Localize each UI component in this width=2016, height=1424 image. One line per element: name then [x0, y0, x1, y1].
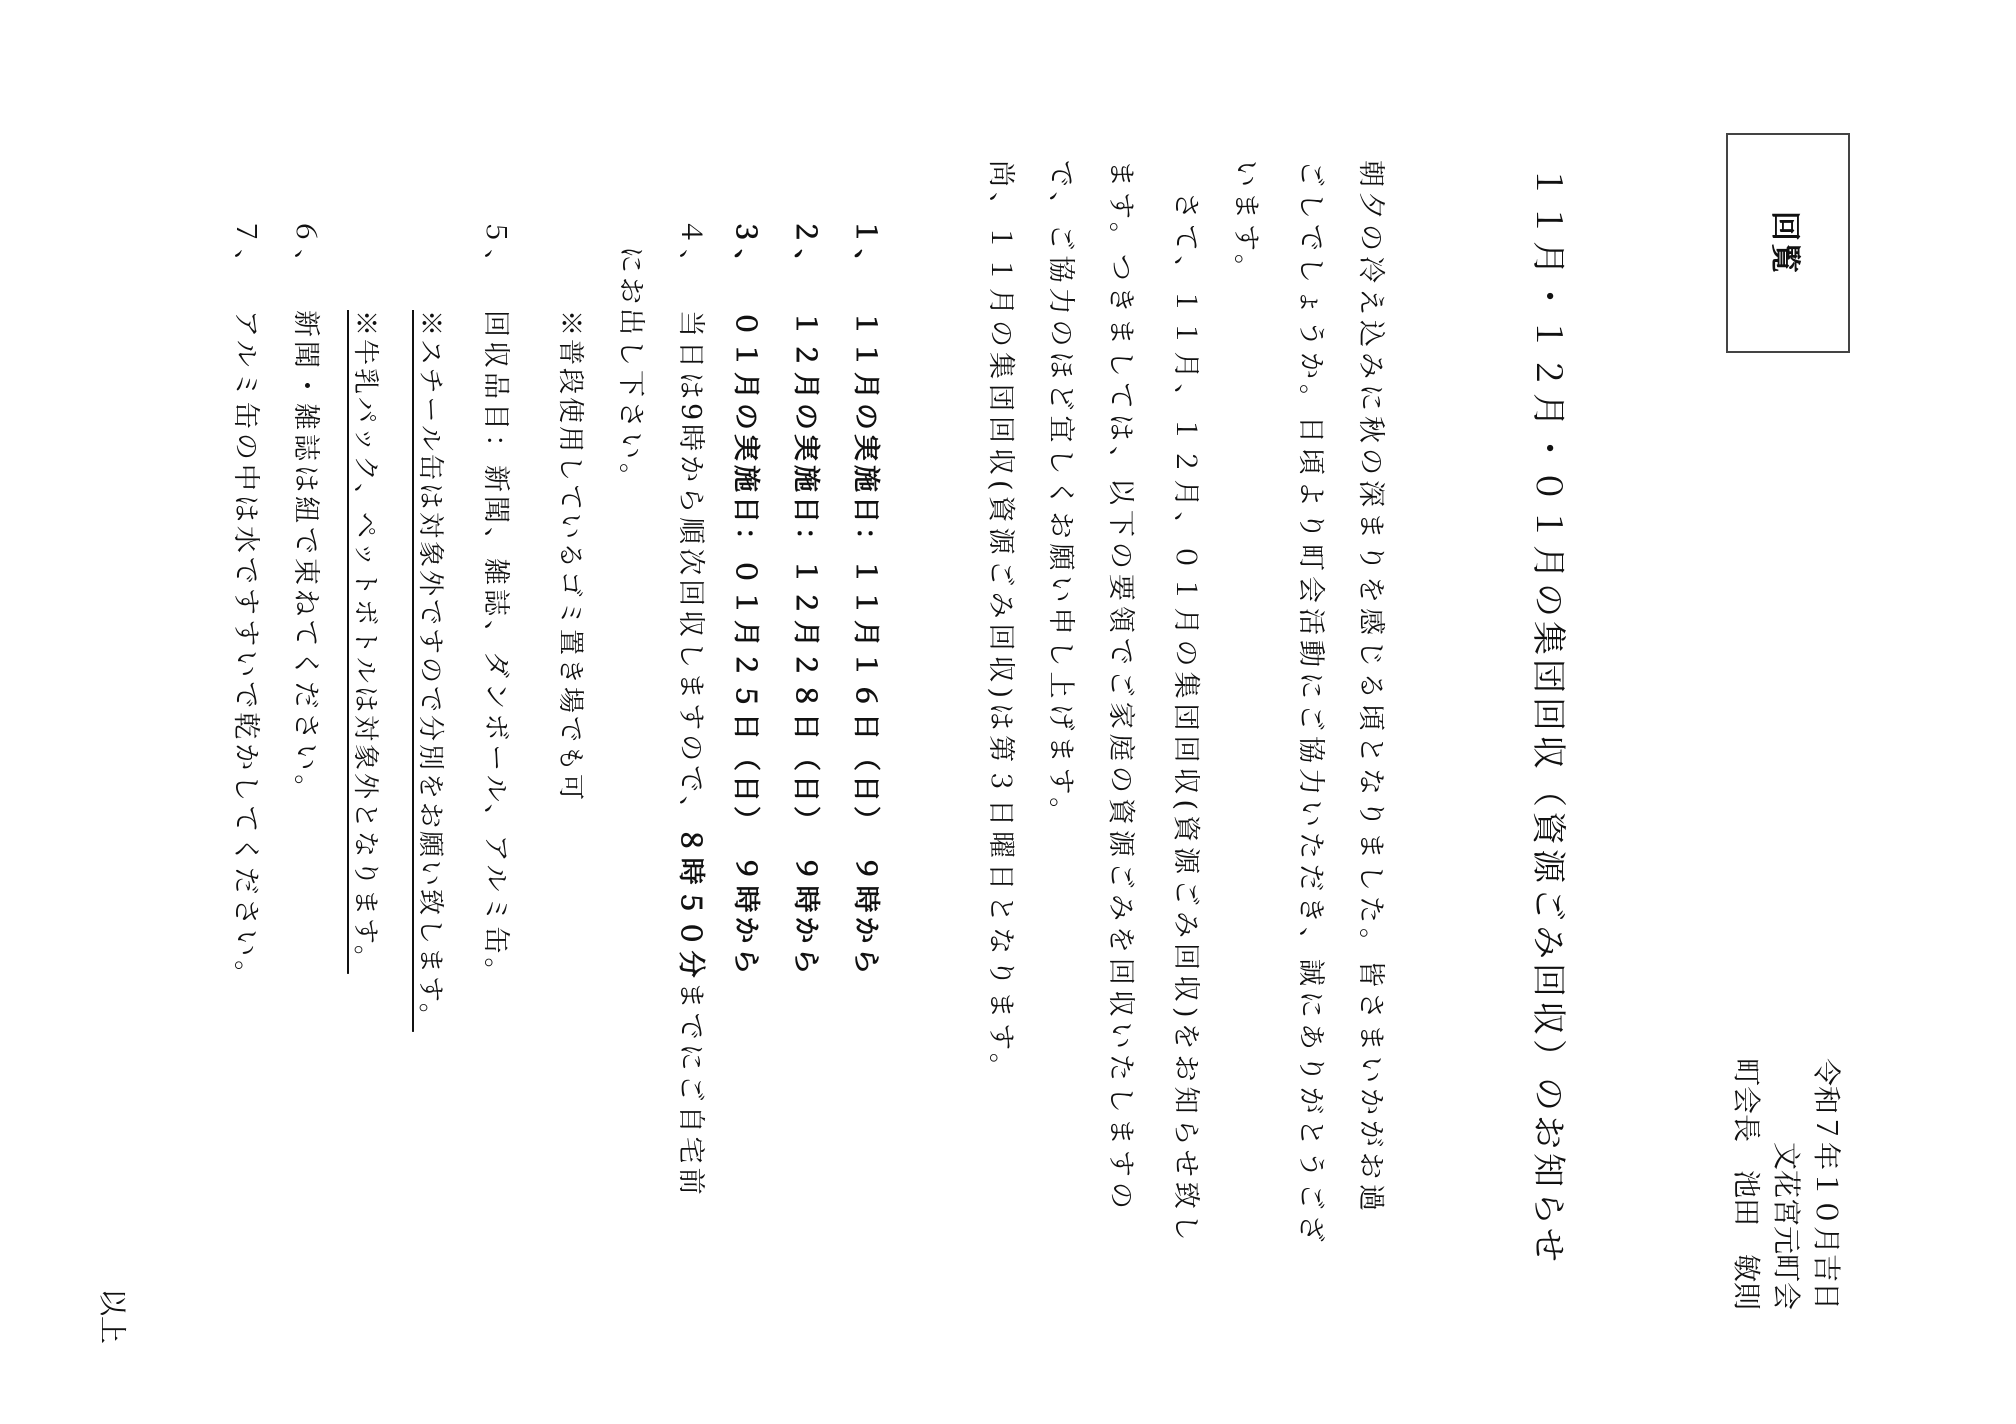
body-text: 朝夕の冷え込みに秋の深まりを感じる頃となりました。皆さまいかがお過 ごしでしょう… — [960, 160, 1390, 1247]
list-item-bundle: ６、新聞・雑誌は紐で束ねてください。 — [265, 218, 325, 1199]
list-item-schedule-nov: １、１１月の実施日：１１月１６日（日） ９時から — [825, 218, 885, 1199]
list-item-schedule-jan: ３、０１月の実施日：０１月２５日（日） ９時から — [710, 218, 765, 1199]
deadline-time: ８時５０分 — [675, 827, 706, 982]
body-line: 朝夕の冷え込みに秋の深まりを感じる頃となりました。皆さまいかがお過 — [1330, 160, 1390, 1247]
header-meta: 令和７年１０月吉日 文花宮元町会 町会長 池田 敏則 — [1726, 1058, 1846, 1310]
closing-text: 以上 — [94, 1288, 134, 1344]
note-steel-cans: ※スチール缶は対象外ですので分別をお願い致します。 — [385, 218, 450, 1199]
list-item-rinse-cans: ７、アルミ缶の中は水ですすいで乾かしてください。 — [205, 218, 265, 1199]
body-line: ごしでしょうか。日頃より町会活動にご協力いただき、誠にありがとうござ — [1265, 160, 1330, 1247]
note-garbage-spot: ※普段使用しているゴミ置き場でも可 — [515, 218, 590, 1199]
body-line: で、ご協力のほど宜しくお願い申し上げます。 — [1020, 160, 1080, 1247]
body-line: ます。つきましては、以下の要領でご家庭の資源ごみを回収いたしますの — [1080, 160, 1140, 1247]
list-item-schedule-dec: ２、１２月の実施日：１２月２８日（日） ９時から — [765, 218, 825, 1199]
list-item-collection-items: ５、回収品目：新聞、雑誌、ダンボール、アルミ缶。 — [450, 218, 515, 1199]
list-item-continuation: にお出し下さい。 — [590, 218, 650, 1199]
document-page: 回覧 令和７年１０月吉日 文花宮元町会 町会長 池田 敏則 １１月・１２月・０１… — [0, 0, 2016, 1424]
circulation-label: 回覧 — [1766, 211, 1810, 275]
issue-date: 令和７年１０月吉日 — [1806, 1058, 1846, 1310]
circulation-stamp-box: 回覧 — [1726, 133, 1850, 353]
body-line: います。 — [1205, 160, 1265, 1247]
body-line: さて、１１月、１２月、０１月の集団回収(資源ごみ回収)をお知らせ致し — [1140, 160, 1205, 1247]
document-title: １１月・１２月・０１月の集団回収（資源ごみ回収）のお知らせ — [1527, 165, 1576, 1266]
body-line: 尚、１１月の集団回収(資源ごみ回収)は第３日曜日となります。 — [960, 160, 1020, 1247]
list-item-collection-time: ４、当日は9時から順次回収しますので、８時５０分までにご自宅前 — [650, 218, 710, 1199]
signature: 町会長 池田 敏則 — [1726, 1058, 1766, 1310]
items-list: １、１１月の実施日：１１月１６日（日） ９時から ２、１２月の実施日：１２月２８… — [205, 218, 885, 1199]
note-milk-pet: ※牛乳パック、ペットボトルは対象外となります。 — [325, 218, 385, 1199]
organization-name: 文花宮元町会 — [1766, 1058, 1806, 1310]
